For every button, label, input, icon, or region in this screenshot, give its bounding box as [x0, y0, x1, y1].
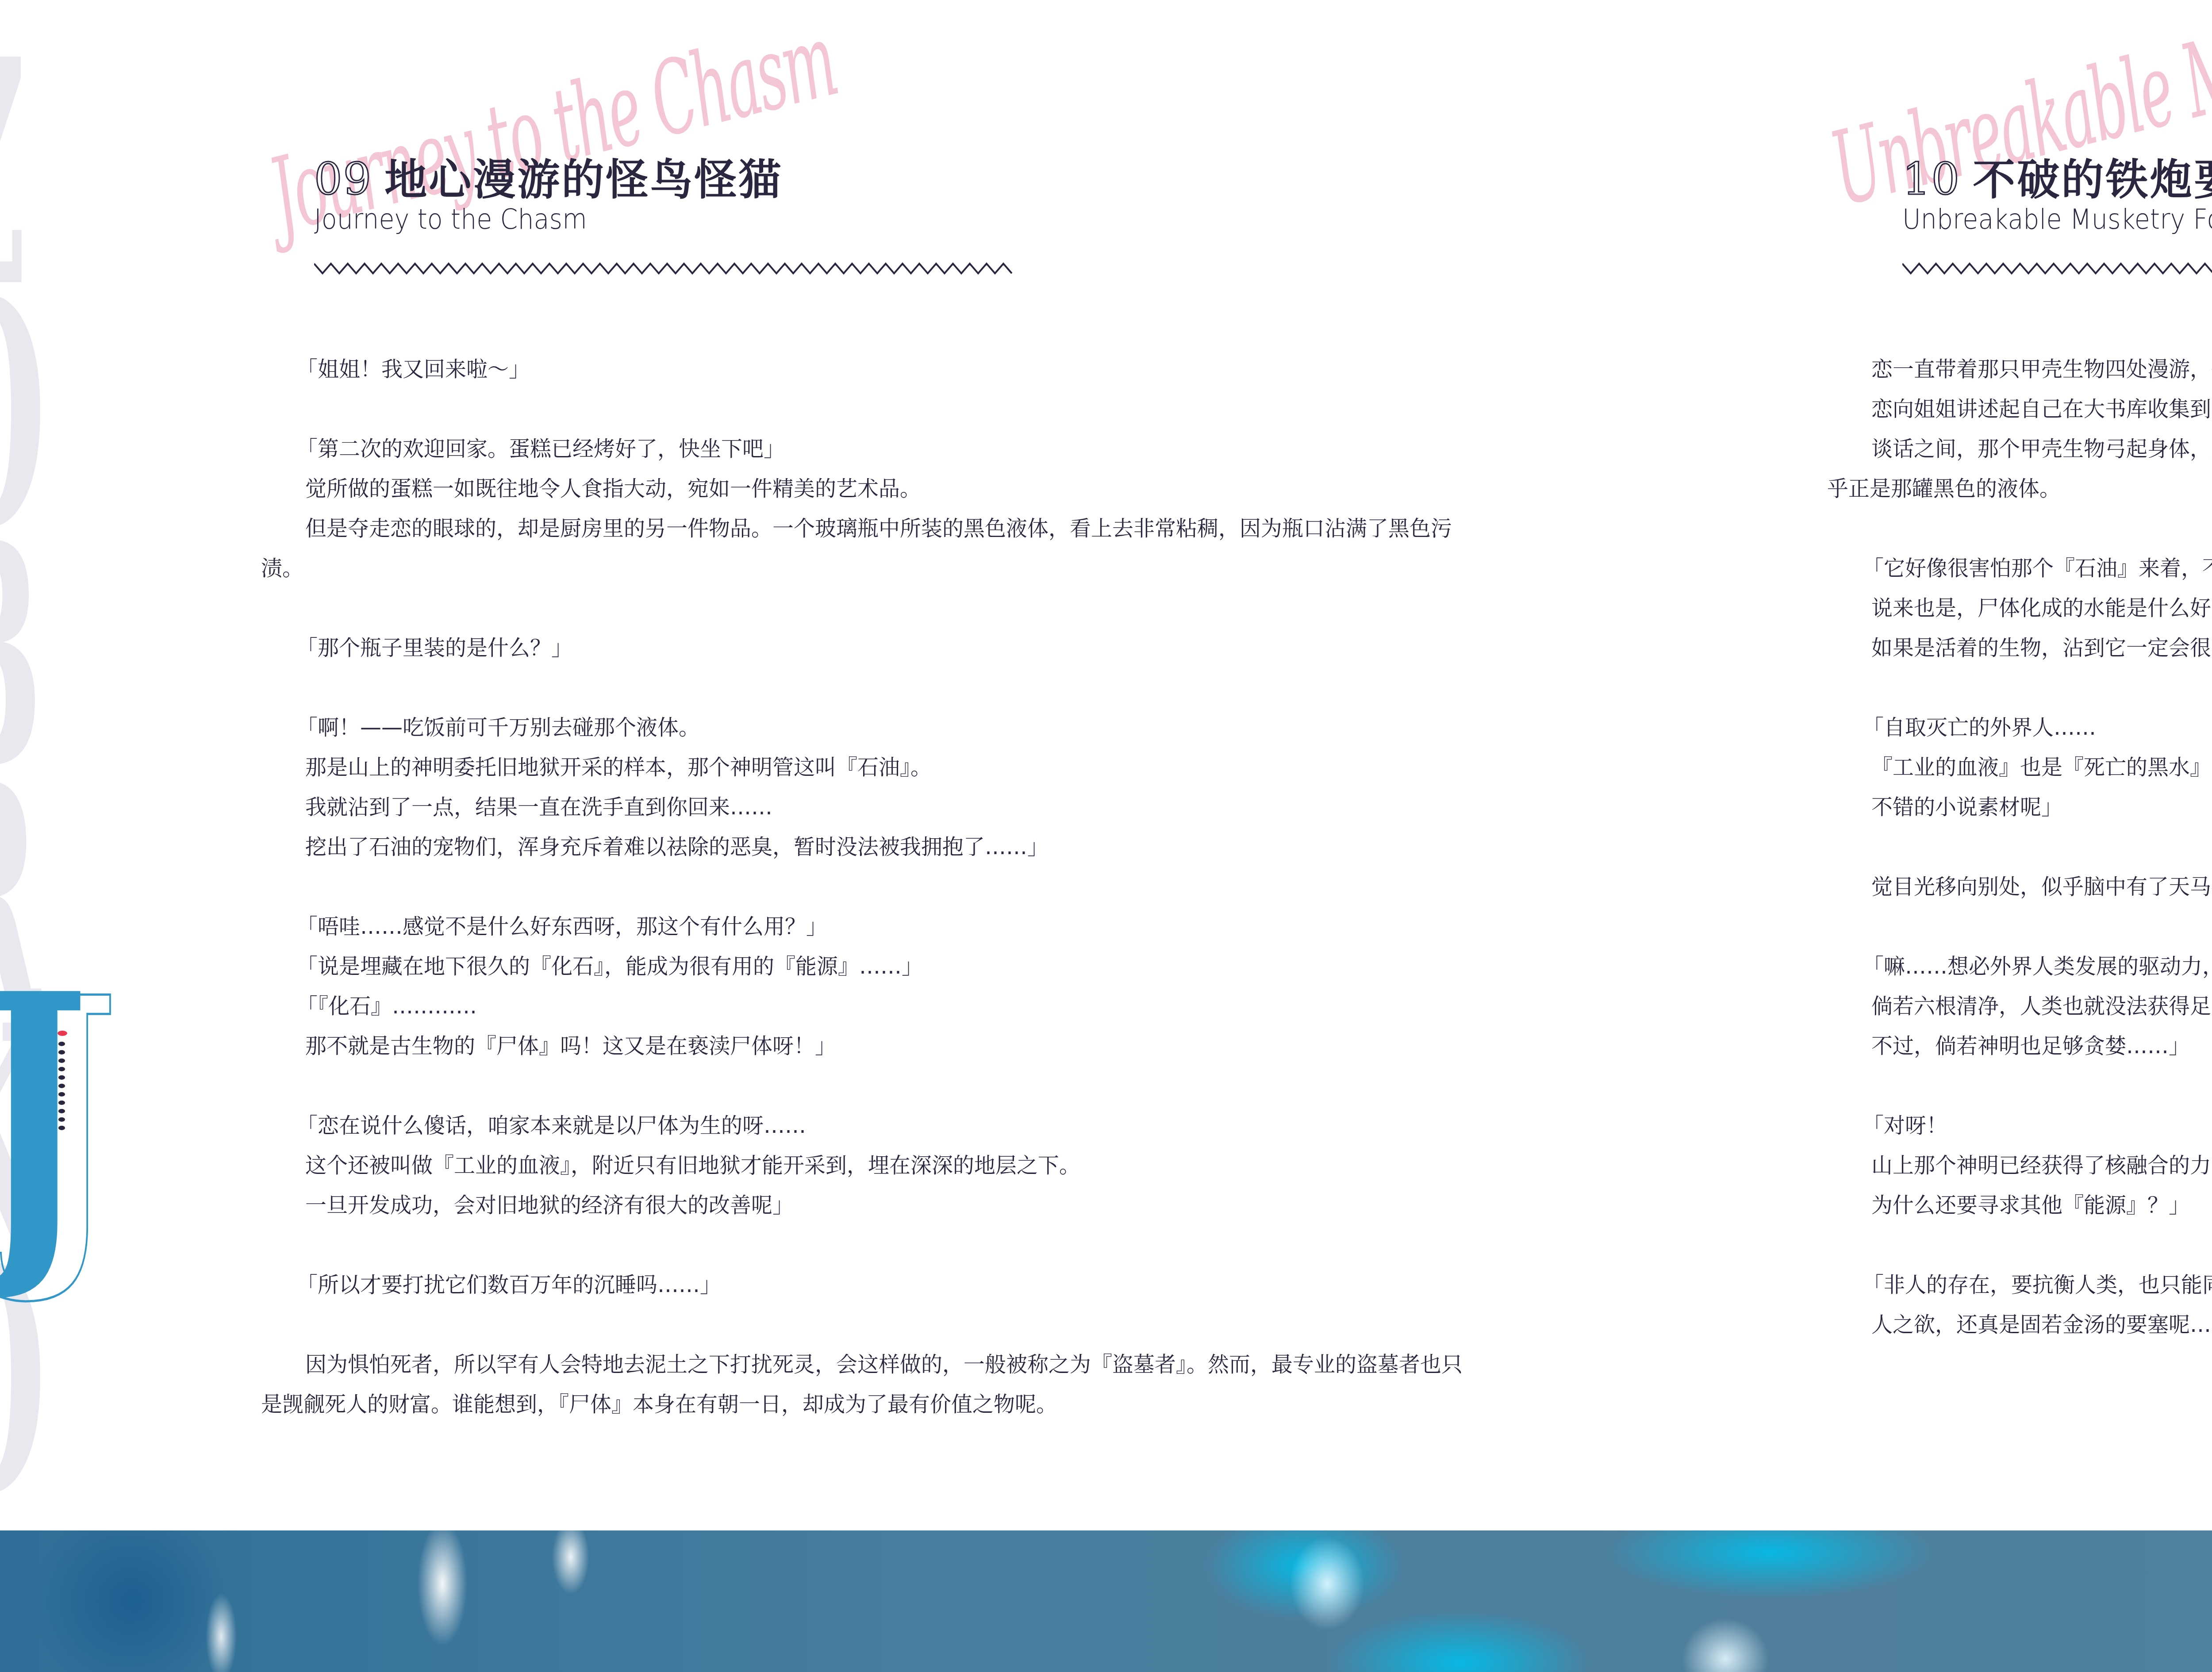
dot-icon	[58, 1084, 65, 1088]
title-row: 10 不破的铁炮要塞	[1902, 146, 2212, 207]
paragraph: 倘若六根清净，人类也就没法获得足以抗衡神明的力量了……	[1827, 986, 2212, 1026]
paragraph: 「啊！——吃饭前可千万别去碰那个液体。	[261, 708, 1482, 748]
paragraph: 那是山上的神明委托旧地狱开采的样本，那个神明管这叫『石油』。	[261, 748, 1482, 787]
paragraph: 这个还被叫做『工业的血液』，附近只有旧地狱才能开采到，埋在深深的地层之下。	[261, 1146, 1482, 1185]
paragraph: 「所以才要打扰它们数百万年的沉睡吗……」	[261, 1265, 1482, 1305]
dot-icon	[58, 1050, 65, 1055]
paragraph: 「对呀！	[1827, 1106, 2212, 1146]
dot-icon	[58, 1075, 65, 1080]
paragraph: 「姐姐！我又回来啦～」	[261, 349, 1482, 389]
paragraph: 「恋在说什么傻话，咱家本来就是以尸体为生的呀……	[261, 1106, 1482, 1146]
paragraph: 恋一直带着那只甲壳生物四处漫游，似乎让它很疲惫了，于是恋将其背部朝下放在了地板上…	[1827, 349, 2212, 389]
chapter-header: Unbreakable Musketry Fortress 10 不破的铁炮要塞…	[1902, 146, 2212, 277]
paragraph-gap	[1827, 668, 2212, 708]
paragraph-gap	[261, 588, 1482, 628]
paragraph: 一旦开发成功，会对旧地狱的经济有很大的改善呢」	[261, 1185, 1482, 1225]
dot-icon	[58, 1092, 65, 1097]
chapter-title: 地心漫游的怪鸟怪猫	[384, 146, 783, 207]
paragraph: 为什么还要寻求其他『能源』？」	[1827, 1185, 2212, 1225]
paragraph: 「那个瓶子里装的是什么？」	[261, 628, 1482, 668]
paragraph: 人之欲，还真是固若金汤的要塞呢……」	[1827, 1305, 2212, 1345]
paragraph-gap	[261, 389, 1482, 429]
paragraph: 「嘛……想必外界人类发展的驱动力，就是贪欲吧。	[1827, 947, 2212, 986]
dot-icon	[58, 1058, 65, 1063]
water-texture-band	[0, 1530, 2212, 1672]
paragraph: 如果是活着的生物，沾到它一定会很快死去吧」	[1827, 628, 2212, 668]
dot-icon	[58, 1109, 65, 1113]
chapter-title: 不破的铁炮要塞	[1973, 146, 2212, 207]
paragraph: 『工业的血液』也是『死亡的黑水』吗……	[1827, 748, 2212, 787]
paragraph-gap	[261, 1305, 1482, 1345]
paragraph: 「第二次的欢迎回家。蛋糕已经烤好了，快坐下吧」	[261, 429, 1482, 469]
chapter-number: 10	[1902, 153, 1960, 205]
paragraph: 山上那个神明已经获得了核融合的力量！	[1827, 1146, 2212, 1185]
paragraph-gap	[261, 668, 1482, 708]
paragraph-gap	[261, 1225, 1482, 1265]
paragraph-gap	[1827, 907, 2212, 947]
paragraph: 因为惧怕死者，所以罕有人会特地去泥土之下打扰死灵，会这样做的，一般被称之为『盗墓…	[261, 1345, 1482, 1424]
title-row: 09 地心漫游的怪鸟怪猫	[314, 146, 1013, 207]
chapter-body-text: 恋一直带着那只甲壳生物四处漫游，似乎让它很疲惫了，于是恋将其背部朝下放在了地板上…	[1827, 349, 2212, 1345]
big-letter-j: J J	[0, 951, 90, 1278]
dot-icon	[58, 1067, 65, 1071]
paragraph: 我就沾到了一点，结果一直在洗手直到你回来……	[261, 787, 1482, 827]
dot-icon	[58, 1042, 65, 1046]
dot-icon	[58, 1101, 65, 1105]
paragraph: 但是夺走恋的眼球的，却是厨房里的另一件物品。一个玻璃瓶中所装的黑色液体，看上去非…	[261, 509, 1482, 588]
dot-icon	[58, 1126, 65, 1130]
paragraph-gap	[1827, 1066, 2212, 1106]
paragraph: 「非人的存在，要抗衡人类，也只能同人类一样贪婪，吗？……	[1827, 1265, 2212, 1305]
chapter-header: Journey to the Chasm 09 地心漫游的怪鸟怪猫 Journe…	[314, 146, 1013, 277]
paragraph: 不过，倘若神明也足够贪婪……」	[1827, 1026, 2212, 1066]
paragraph: 挖出了石油的宠物们，浑身充斥着难以祛除的恶臭，暂时没法被我拥抱了……」	[261, 827, 1482, 867]
paragraph: 「说是埋藏在地下很久的『化石』，能成为很有用的『能源』……」	[261, 947, 1482, 986]
paragraph-gap	[261, 867, 1482, 907]
chapter-body-text: 「姐姐！我又回来啦～」 「第二次的欢迎回家。蛋糕已经烤好了，快坐下吧」 觉所做的…	[261, 349, 1482, 1424]
dotted-line-decoration	[58, 1042, 65, 1130]
chapter-number: 09	[314, 153, 372, 205]
red-marker-dot-icon	[58, 1031, 67, 1036]
paragraph: 「它好像很害怕那个『石油』来着，不祥之物呢……	[1827, 548, 2212, 588]
paragraph: 「『化石』…………	[261, 986, 1482, 1026]
paragraph: 恋向姐姐讲述起自己在大书库收集到的见闻，包括外界人类正在使用『石油』，来改造他们…	[1827, 389, 2212, 429]
paragraph-gap	[1827, 1225, 2212, 1265]
paragraph-gap	[261, 1066, 1482, 1106]
paragraph: 谈话之间，那个甲壳生物弓起身体，用剑尾翻过了身体，然后缓慢地爬向厨房的一个角落，…	[1827, 429, 2212, 509]
paragraph: 「唔哇……感觉不是什么好东西呀，那这个有什么用？」	[261, 907, 1482, 947]
paragraph: 觉所做的蛋糕一如既往地令人食指大动，宛如一件精美的艺术品。	[261, 469, 1482, 509]
wavy-divider-icon	[314, 262, 1013, 275]
dot-icon	[58, 1117, 65, 1122]
paragraph: 那不就是古生物的『尸体』吗！这又是在亵渎尸体呀！」	[261, 1026, 1482, 1066]
paragraph: 不错的小说素材呢」	[1827, 787, 2212, 827]
paragraph: 「自取灭亡的外界人……	[1827, 708, 2212, 748]
paragraph: 觉目光移向别处，似乎脑中有了天马行空的构思，但接着又领悟了什么般回过神来。	[1827, 867, 2212, 907]
paragraph-gap	[1827, 827, 2212, 867]
wavy-divider-icon	[1902, 262, 2212, 275]
paragraph-gap	[1827, 509, 2212, 548]
paragraph: 说来也是，尸体化成的水能是什么好东西，叫它『死亡的黑水』都不为过。	[1827, 588, 2212, 628]
chapter-subtitle: Journey to the Chasm	[314, 203, 957, 235]
chapter-subtitle: Unbreakable Musketry Fortress	[1902, 203, 2212, 235]
